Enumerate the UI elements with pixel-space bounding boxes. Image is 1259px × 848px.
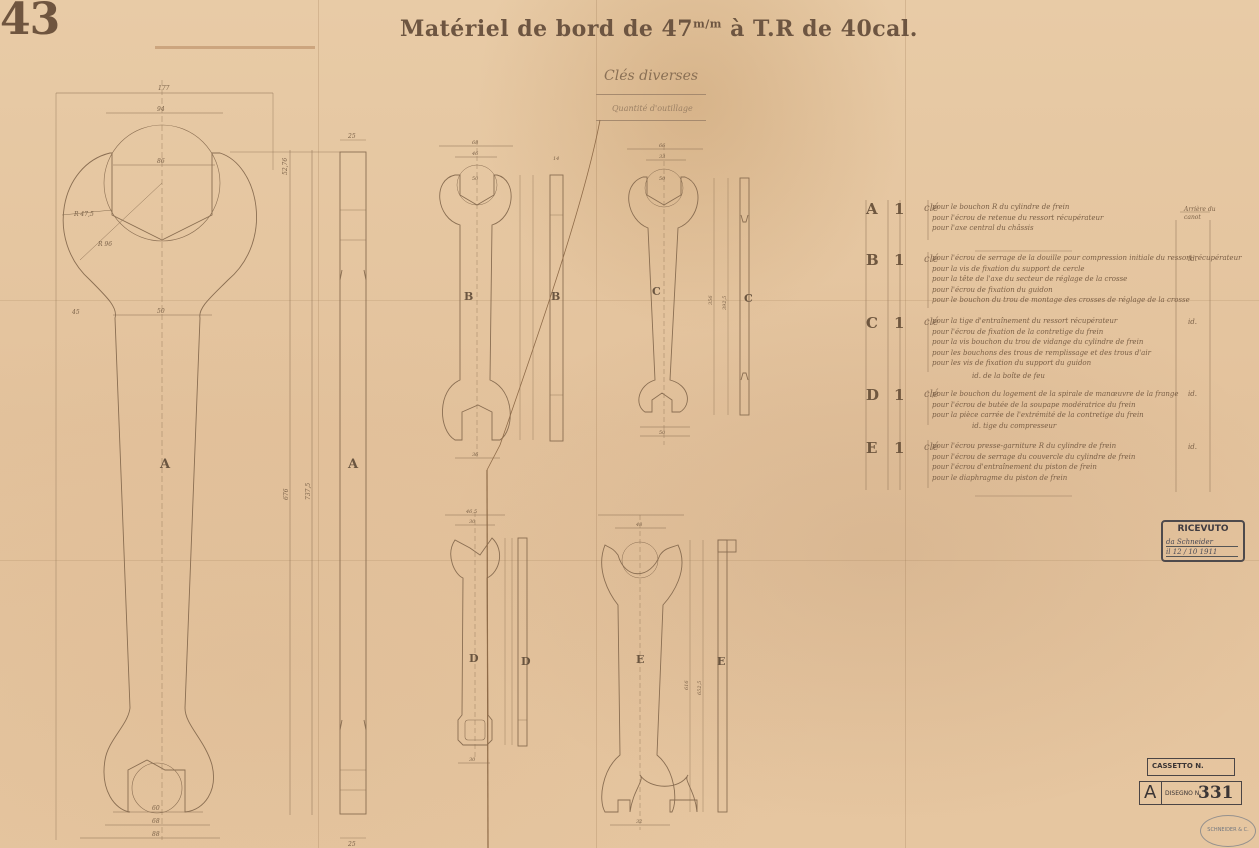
dim-label: 60 [152,805,160,812]
disegno-box: A DISEGNO N. 331 [1139,781,1242,805]
row-desc: pour le bouchon du logement de la spiral… [932,389,1179,421]
ricevuto-stamp: RICEVUTO da Schneider il 12 / 10 1911 [1161,520,1245,562]
nomenclature-table: Arrière du canot A 1 clé pour le bouchon… [862,196,1232,496]
dim-label: 32 [636,819,642,825]
row-qty: 1 [894,314,904,332]
dim-label: 30 [469,519,476,525]
dim-label: 737,5 [305,483,312,500]
dim-label: 86 [157,158,165,165]
stamp-from: da Schneider [1166,538,1238,547]
row-letter: A [866,200,878,218]
dim-label: 46 [471,151,479,157]
dim-label: 177 [158,85,170,92]
wrench-label-d-side: D [521,655,531,668]
dim-label: 52,76 [282,158,289,175]
wrench-label-c-side: C [744,292,753,305]
wrench-b-side [550,175,563,441]
wrench-d-side [518,538,527,746]
wrench-b-front [439,140,533,460]
row-note: id. [1188,255,1197,263]
dim-label: R 47,5 [73,211,94,218]
dim-label: 50 [472,176,479,182]
wrench-c-front [627,145,728,445]
dim-label: 356 [708,295,714,305]
dim-label: 68 [472,140,478,146]
wrench-label-b-side: B [551,290,560,303]
dim-label: 652,5 [697,681,703,695]
wrench-label-c: C [652,285,661,298]
row-letter: D [866,386,879,404]
dim-label: 30 [469,757,476,763]
row-note: id. [1188,390,1197,398]
dim-label: 94 [157,106,165,113]
wrench-label-a: A [159,457,171,472]
dim-label: 33 [659,154,665,160]
dim-label: 48 [635,522,642,528]
cassetto-box: CASSETTO N. [1147,758,1235,776]
dim-label: 392,5 [722,296,728,310]
row-note: id. [1188,443,1197,451]
dim-label: 14 [553,156,559,162]
row-note: id. [1188,318,1197,326]
divider [1161,782,1162,804]
wrench-label-d: D [469,652,479,665]
row-sub: id. tige du compresseur [972,422,1056,430]
row-desc: pour la tige d'entraînement du ressort r… [932,316,1151,369]
row-qty: 1 [894,200,904,218]
wrench-a-side [340,140,366,838]
disegno-number: 331 [1198,783,1234,803]
row-qty: 1 [894,251,904,269]
wrench-d-front [445,512,512,763]
row-qty: 1 [894,386,904,404]
row-qty: 1 [894,439,904,457]
row-desc: pour le bouchon R du cylindre de frein p… [932,202,1103,234]
dim-label: 66 [659,143,666,149]
wrench-label-e-side: E [717,655,725,668]
stamp-date: il 12 / 10 1911 [1166,548,1238,557]
wrench-label-b: B [464,290,473,303]
wrench-label-e: E [636,653,644,666]
dim-label: 46,5 [465,509,477,515]
disegno-label: DISEGNO N. [1165,790,1201,797]
wrench-label-a-side: A [347,457,359,472]
disegno-series: A [1144,782,1156,803]
wrench-e-side [718,540,736,812]
dim-label: 676 [283,488,290,500]
dim-label: 25 [347,841,356,848]
wrench-e-front [598,515,703,830]
seal-text: SCHNEIDER & C. [1201,827,1255,833]
dim-label: 88 [152,831,160,838]
row-letter: E [866,439,877,457]
dim-label: 45 [71,309,80,316]
dim-label: 50 [659,176,666,182]
dim-label: 616 [684,680,690,690]
dim-label: 68 [152,818,160,825]
schneider-seal: SCHNEIDER & C. [1200,815,1256,847]
column-header-note: Arrière du canot [1184,206,1224,222]
row-sub: id. de la boîte de feu [972,372,1045,380]
dim-label: 50 [157,308,165,315]
dim-label: R 96 [97,241,112,248]
dim-label: 25 [347,133,356,140]
row-letter: C [866,314,878,332]
row-desc: pour l'écrou presse-garniture R du cylin… [932,441,1135,483]
dim-label: 36 [472,452,479,458]
row-letter: B [866,251,879,269]
cassetto-label: CASSETTO N. [1152,762,1204,770]
stamp-title: RICEVUTO [1163,524,1243,534]
dim-label: 50 [659,430,666,436]
